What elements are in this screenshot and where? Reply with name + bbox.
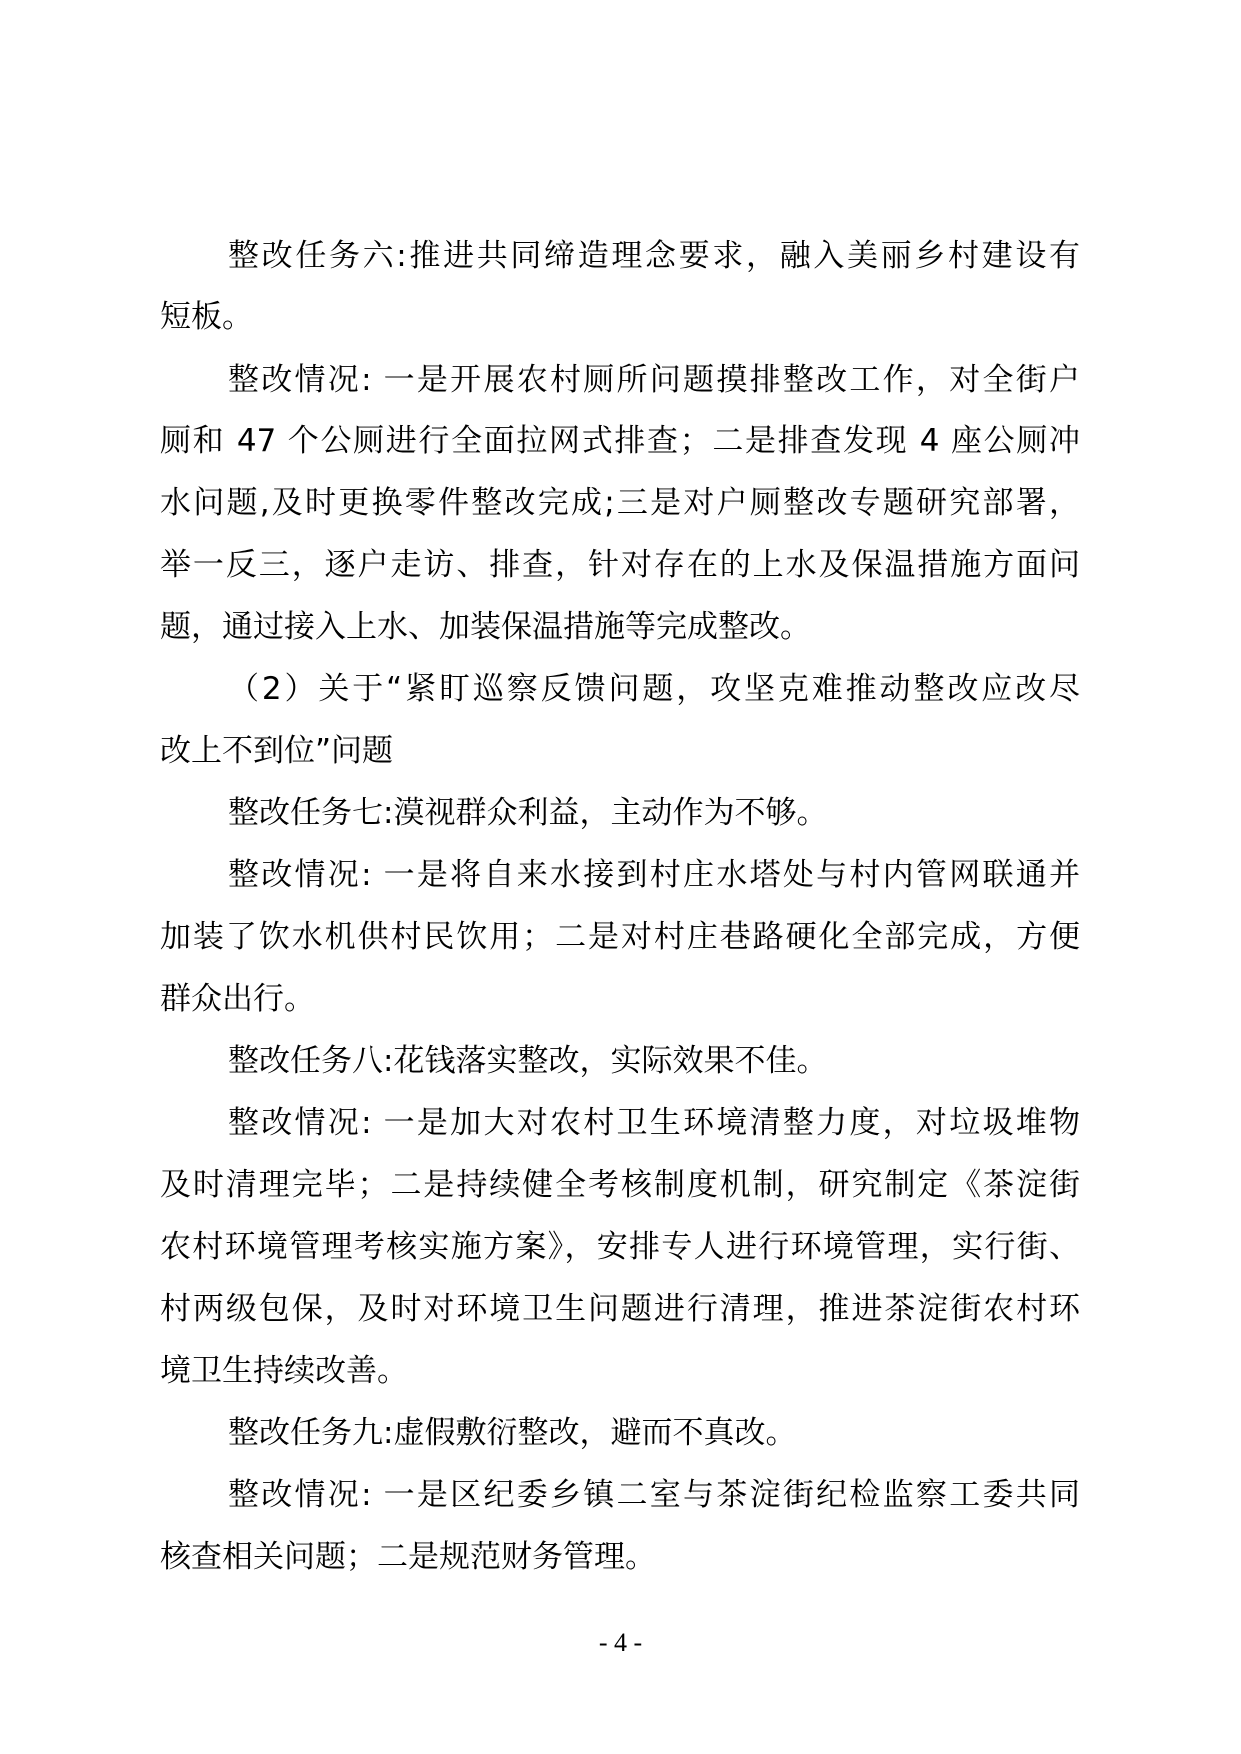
text-line: 题，通过接入上水、加装保温措施等完成整改。 — [160, 607, 1080, 647]
text-line: 整改任务七:漠视群众利益，主动作为不够。 — [228, 793, 1080, 833]
text-line: 核查相关问题；二是规范财务管理。 — [160, 1537, 1080, 1577]
text-line: 农村环境管理考核实施方案》，安排专人进行环境管理，实行街、 — [160, 1227, 1080, 1267]
text-line: 村两级包保，及时对环境卫生问题进行清理，推进茶淀街农村环 — [160, 1289, 1080, 1329]
text-line: 改上不到位”问题 — [160, 731, 1080, 771]
text-line: 短板。 — [160, 297, 1080, 337]
text-line: 及时清理完毕；二是持续健全考核制度机制，研究制定《茶淀街 — [160, 1165, 1080, 1205]
text-line: 水问题,及时更换零件整改完成;三是对户厕整改专题研究部署， — [160, 483, 1080, 523]
text-line: 整改任务八:花钱落实整改，实际效果不佳。 — [228, 1041, 1080, 1081]
page-number: - 4 - — [0, 1628, 1241, 1658]
text-line: 厕和 47 个公厕进行全面拉网式排查；二是排查发现 4 座公厕冲 — [160, 421, 1080, 461]
text-line: （2）关于“紧盯巡察反馈问题，攻坚克难推动整改应改尽 — [228, 669, 1080, 709]
text-line: 整改情况: 一是开展农村厕所问题摸排整改工作，对全街户 — [228, 360, 1080, 400]
text-line: 境卫生持续改善。 — [160, 1351, 1080, 1391]
text-line: 整改情况: 一是加大对农村卫生环境清整力度，对垃圾堆物 — [228, 1103, 1080, 1143]
text-line: 整改任务九:虚假敷衍整改，避而不真改。 — [228, 1413, 1080, 1453]
text-line: 群众出行。 — [160, 979, 1080, 1019]
text-line: 整改情况: 一是区纪委乡镇二室与茶淀街纪检监察工委共同 — [228, 1475, 1080, 1515]
text-line: 整改情况: 一是将自来水接到村庄水塔处与村内管网联通并 — [228, 855, 1080, 895]
document-page: 整改任务六:推进共同缔造理念要求，融入美丽乡村建设有短板。整改情况: 一是开展农… — [0, 0, 1241, 1754]
text-line: 整改任务六:推进共同缔造理念要求，融入美丽乡村建设有 — [228, 236, 1080, 276]
text-line: 加装了饮水机供村民饮用；二是对村庄巷路硬化全部完成，方便 — [160, 917, 1080, 957]
text-line: 举一反三，逐户走访、排查，针对存在的上水及保温措施方面问 — [160, 545, 1080, 585]
